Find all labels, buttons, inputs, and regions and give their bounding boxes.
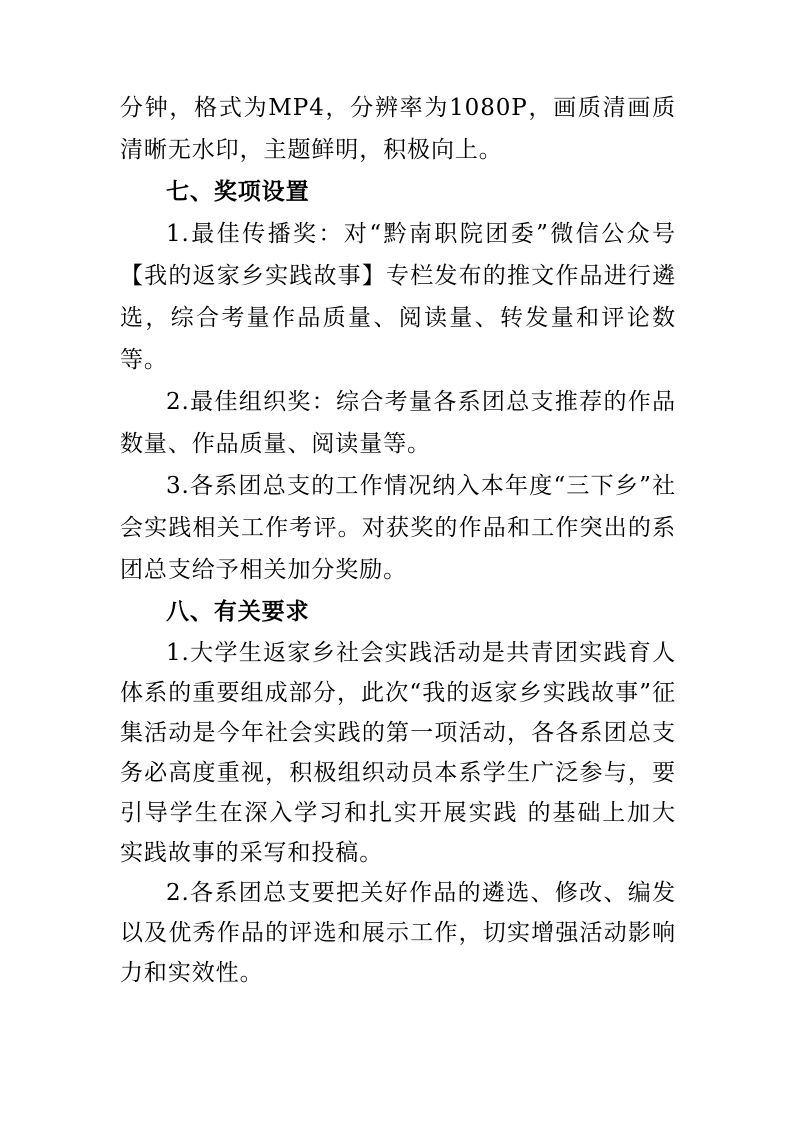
doc-paragraph: 3.各系团总支的工作情况纳入本年度“三下乡”社会实践相关工作考评。对获奖的作品和… bbox=[120, 465, 676, 591]
doc-paragraph: 2.最佳组织奖：综合考量各系团总支推荐的作品数量、作品质量、阅读量等。 bbox=[120, 381, 676, 465]
doc-paragraph: 2.各系团总支要把关好作品的遴选、修改、编发以及优秀作品的评选和展示工作，切实增… bbox=[120, 873, 676, 993]
section-heading: 八、有关要求 bbox=[120, 591, 676, 633]
doc-paragraph: 分钟，格式为MP4，分辨率为1080P，画质清画质清晰无水印，主题鲜明，积极向上… bbox=[120, 87, 676, 171]
doc-paragraph: 1.大学生返家乡社会实践活动是共青团实践育人体系的重要组成部分，此次“我的返家乡… bbox=[120, 633, 676, 873]
document-page: 分钟，格式为MP4，分辨率为1080P，画质清画质清晰无水印，主题鲜明，积极向上… bbox=[0, 0, 793, 1122]
doc-paragraph: 1.最佳传播奖：对“黔南职院团委”微信公众号【我的返家乡实践故事】专栏发布的推文… bbox=[120, 213, 676, 381]
document-body: 分钟，格式为MP4，分辨率为1080P，画质清画质清晰无水印，主题鲜明，积极向上… bbox=[120, 87, 676, 993]
section-heading: 七、奖项设置 bbox=[120, 171, 676, 213]
